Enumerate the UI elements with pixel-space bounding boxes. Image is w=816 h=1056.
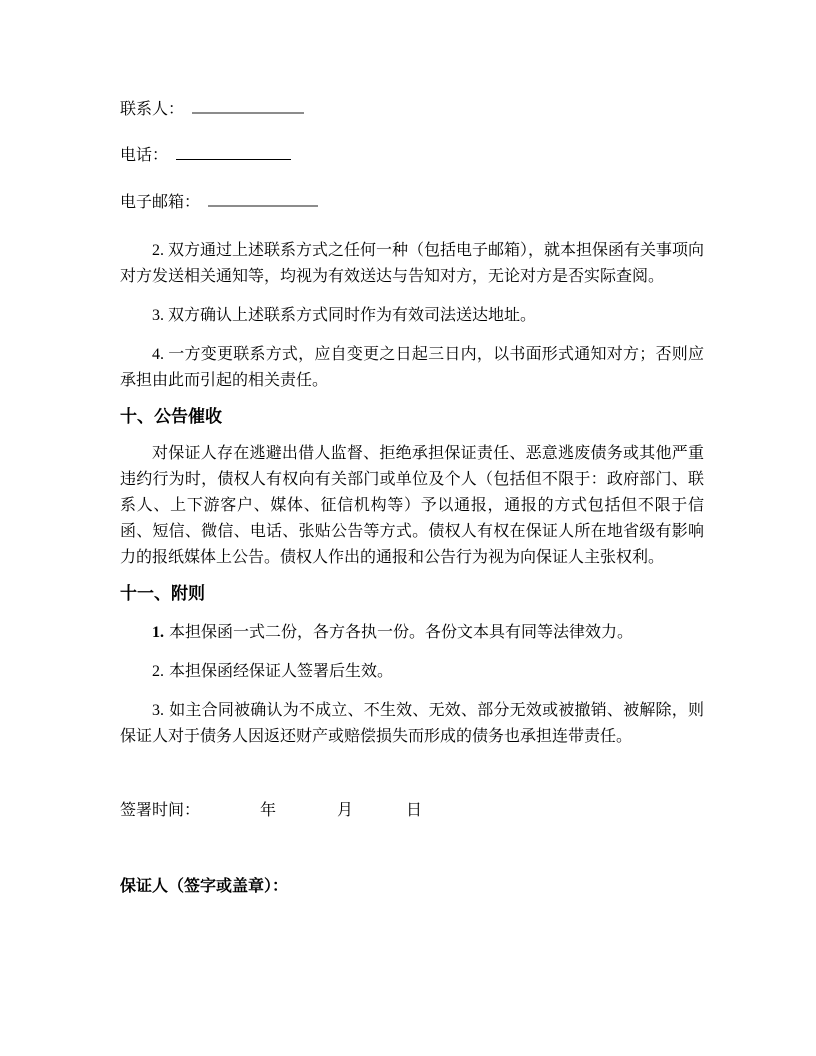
email-blank	[208, 191, 318, 207]
phone-line: 电话：	[120, 145, 704, 165]
supplementary-item-3: 3.如主合同被确认为不成立、不生效、无效、部分无效或被撤销、被解除，则保证人对于…	[120, 698, 704, 750]
item-1-number: 1.	[152, 624, 164, 641]
contact-person-blank	[192, 98, 304, 114]
supplementary-item-1: 1.本担保函一式二份，各方各执一份。各份文本具有同等法律效力。	[120, 620, 704, 646]
notice-clauses: 2. 双方通过上述联系方式之任何一种（包括电子邮箱），就本担保函有关事项向对方发…	[120, 238, 704, 394]
clause-paragraph-3: 3. 双方确认上述联系方式同时作为有效司法送达地址。	[120, 303, 704, 329]
contact-person-label: 联系人：	[120, 101, 184, 118]
email-label: 电子邮箱：	[120, 194, 200, 211]
item-1-text: 本担保函一式二份，各方各执一份。各份文本具有同等法律效力。	[169, 624, 633, 641]
month-label: 月	[337, 802, 353, 819]
signing-date-line: 签署时间：年月日	[120, 798, 704, 824]
item-3-number: 3.	[152, 702, 164, 719]
day-label: 日	[406, 802, 422, 819]
guarantor-signature-line: 保证人（签字或盖章）：	[120, 874, 704, 900]
email-line: 电子邮箱：	[120, 191, 704, 212]
item-3-text: 如主合同被确认为不成立、不生效、无效、部分无效或被撤销、被解除，则保证人对于债务…	[120, 702, 704, 745]
contact-person-line: 联系人：	[120, 98, 704, 119]
clause-paragraph-2: 2. 双方通过上述联系方式之任何一种（包括电子邮箱），就本担保函有关事项向对方发…	[120, 238, 704, 290]
document-page: 联系人： 电话： 电子邮箱： 2. 双方通过上述联系方式之任何一种（包括电子邮箱…	[0, 0, 816, 1056]
clause-paragraph-4: 4. 一方变更联系方式，应自变更之日起三日内，以书面形式通知对方；否则应承担由此…	[120, 342, 704, 394]
phone-label: 电话：	[120, 147, 168, 164]
phone-blank	[176, 145, 291, 160]
section-heading-supplementary: 十一、附则	[120, 584, 704, 604]
year-label: 年	[260, 802, 276, 819]
supplementary-item-2: 2.本担保函经保证人签署后生效。	[120, 659, 704, 685]
section-heading-public-notice: 十、公告催收	[120, 407, 704, 427]
item-2-number: 2.	[152, 663, 164, 680]
item-2-text: 本担保函经保证人签署后生效。	[169, 663, 393, 680]
public-notice-body-paragraph: 对保证人存在逃避出借人监督、拒绝承担保证责任、恶意逃废债务或其他严重违约行为时，…	[120, 441, 704, 571]
signing-date-label: 签署时间：	[120, 802, 200, 819]
